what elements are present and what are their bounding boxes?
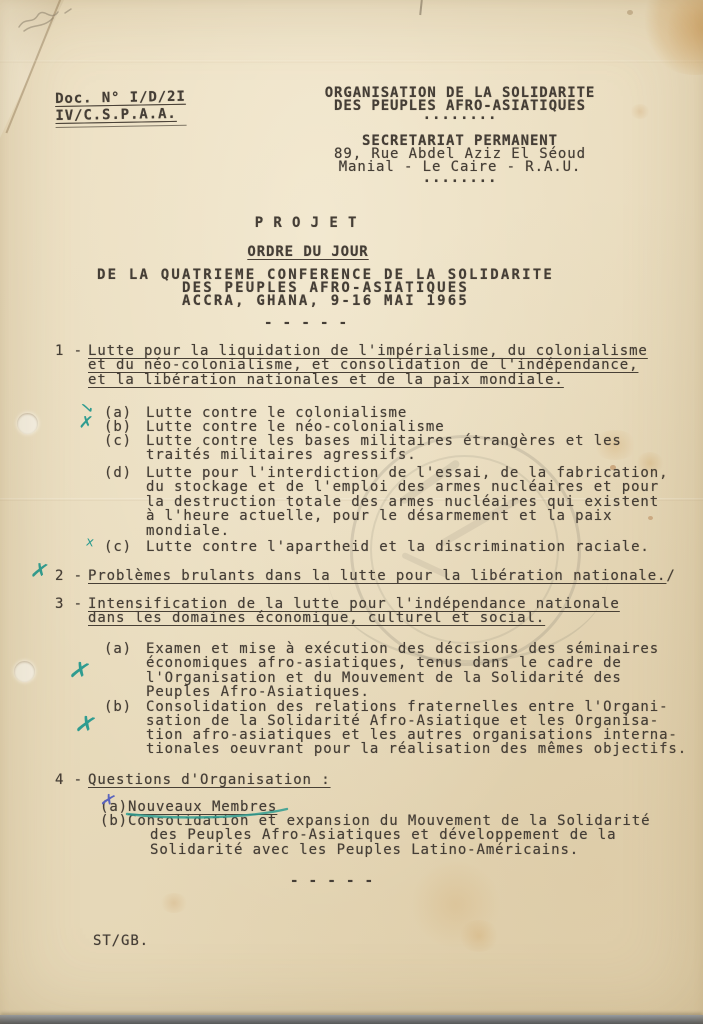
section-1-heading-line: et la libération nationales et de la pai… [88, 373, 564, 388]
doc-reference-block: Doc. N° I/D/2I IV/C.S.P.A.A. [55, 90, 186, 128]
item-text: Lutte contre l'apartheid et la discrimin… [146, 540, 650, 555]
item-text: du stockage et de l'emploi des armes nuc… [146, 480, 659, 495]
pen-check-item-1a: ✓ [78, 398, 96, 421]
paper-crease [0, 60, 703, 63]
item-text: Solidarité avec les Peuples Latino-Améri… [150, 843, 579, 858]
section-3-heading-line: dans les domaines économique, culturel e… [88, 611, 545, 626]
item-label: (b) [104, 700, 132, 715]
item-text: à l'heure actuelle, pour le désarmement … [146, 509, 612, 524]
scanner-edge-band [0, 1015, 703, 1024]
section-1-number: 1 - [55, 344, 83, 359]
stain [408, 862, 503, 947]
pencil-scribble [15, 3, 93, 37]
punch-hole [14, 661, 35, 682]
dotted-rule: ........ [315, 171, 605, 186]
section-4-number: 4 - [55, 773, 83, 788]
footer-initials: ST/GB. [93, 934, 149, 949]
section-3-number: 3 - [55, 597, 83, 612]
dotted-rule: ........ [315, 108, 605, 123]
section-2-heading-text: Problèmes brulants dans la lutte pour la… [88, 568, 666, 584]
conference-title-line-3: ACCRA, GHANA, 9-16 MAI 1965 [63, 294, 588, 309]
section-2-heading: Problèmes brulants dans la lutte pour la… [88, 569, 676, 584]
item-label: (c) [104, 434, 132, 449]
section-2-suffix: / [666, 568, 675, 584]
doc-number: Doc. N° I/D/2I [55, 90, 186, 107]
agenda-title: ORDRE DU JOUR [218, 245, 398, 260]
item-text: tionales oeuvrant pour la réalisation de… [146, 742, 687, 757]
pen-cross-item-3b: ✗ [73, 709, 100, 741]
dash-separator: - - - - - [216, 316, 396, 331]
item-label: (a) [104, 642, 132, 657]
pen-cross-section-2: ✗ [28, 557, 51, 585]
pen-cross-item-apartheid: x [85, 534, 95, 550]
item-text: économiques afro-asiatiques, tenus dans … [146, 656, 622, 671]
section-2-number: 2 - [55, 569, 83, 584]
doc-code: IV/C.S.P.A.A. [55, 107, 186, 128]
scanned-document-page: Doc. N° I/D/2I IV/C.S.P.A.A. ORGANISATIO… [0, 0, 703, 1024]
stain [160, 893, 188, 913]
section-1-heading-line: et du néo-colonialisme, et consolidation… [88, 358, 638, 373]
punch-hole [17, 413, 38, 434]
item-text: Peuples Afro-Asiatiques. [146, 685, 370, 700]
pen-cross-item-3a: ✗ [67, 655, 94, 687]
pencil-tick [419, 0, 423, 15]
section-4-heading-line: Questions d'Organisation : [88, 773, 331, 788]
projet-title: P R O J E T [216, 216, 396, 231]
speck [627, 10, 633, 15]
speck [648, 516, 653, 520]
item-text: traités militaires agressifs. [146, 448, 417, 463]
stain [630, 104, 650, 119]
item-label: (d) [104, 466, 132, 481]
item-label: (c) [104, 540, 132, 555]
pen-cross-item-1b: ✗ [78, 412, 94, 433]
item-text: des Peuples Afro-Asiatiques et développe… [150, 828, 616, 843]
stain [458, 920, 500, 952]
pen-underline-nouveaux-membres [124, 806, 292, 824]
dash-separator: - - - - - [290, 874, 374, 889]
item-text: mondiale. [146, 524, 230, 539]
stain [668, 0, 703, 70]
stain [640, 0, 703, 75]
